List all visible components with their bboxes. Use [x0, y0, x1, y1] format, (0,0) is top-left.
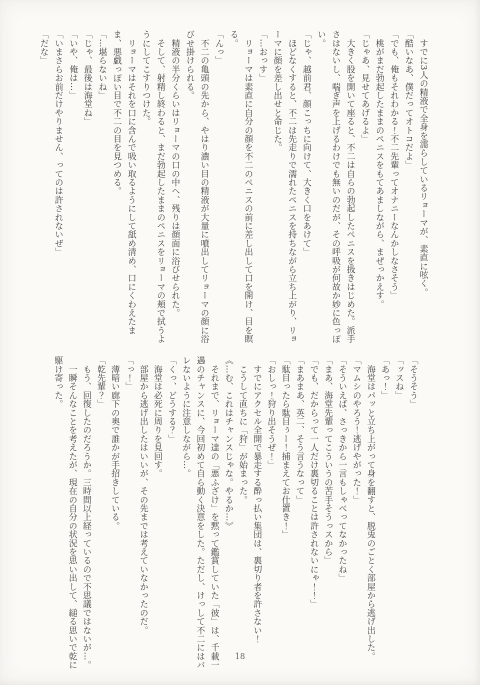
text-column: ほどなくすると、不二は先走りで濡れたペニスを持ちながら立ち上がり、リョ: [284, 30, 299, 338]
text-column: ーマに顔を差し出せと命じた。: [269, 30, 284, 338]
text-column: 「酷いなあ、僕だってオトコだよ」: [401, 30, 416, 338]
text-column: 一瞬そんなことを考えたが、現在の自分の状況を思い出して、縋る思いで乾に: [65, 356, 79, 656]
text-column: 海堂はパッと立ち上がって身を翻すと、脱兎のごとく部屋から逃げ出した。: [363, 356, 377, 656]
text-column: 「っ！」: [122, 356, 136, 656]
text-column: 「…おっす」: [255, 30, 270, 338]
text-column: 遇のチャンスに、今回初めて自ら動く決意をした。ただし、けっして不二にはバ: [193, 356, 207, 656]
text-column: 「いまさらお前だけやりません、ってのは許されないぜ」: [51, 30, 66, 338]
text-column: すでに3人の精液で全身を濡らしているリョーマが、素直に呟く。: [415, 30, 430, 338]
text-column: 「…堪らないね」: [94, 30, 109, 338]
text-column: 不二の亀頭の先から、やはり濃い目の精液が大量に噴出してリョーマの顔に浴: [197, 30, 212, 338]
text-column: すでにアクセル全開で暴走する酔っ払い集団は、裏切り者を許さない！: [250, 356, 264, 656]
text-column: 駆け寄った。: [51, 356, 65, 656]
text-column: 「でも、だからって一人だけ裏切ることは許されないにゃ！！」: [306, 356, 320, 656]
top-text-block: すでに3人の精液で全身を濡らしているリョーマが、素直に呟く。「酷いなあ、僕だって…: [36, 30, 430, 338]
text-column: 「じゃ、越前君、顔こっちに向けて、大きく口をあけて」: [299, 30, 314, 338]
text-column: 「でも、俺もそれわかる！不二先輩ってオナニーなんかしなさそう」: [386, 30, 401, 338]
text-column: 「乾先輩？」: [93, 356, 107, 656]
text-column: 大きく股を開いて座ると、不二は自らの勃起したペニスを扱きはじめた。派手: [342, 30, 357, 338]
text-column: 部屋から逃げ出したはいいが、その先までは考えていなかったのだ。: [136, 356, 150, 656]
text-column: 「そうそう」: [406, 356, 420, 656]
text-column: 「マムシのやろう！逃げやがった！」: [349, 356, 363, 656]
text-column: 「じゃ、最後は海堂ね」: [80, 30, 95, 338]
text-column: 精液の半分くらいはリョーマの口の中へ、残りは顔面に浴びせられた。: [167, 30, 182, 338]
text-column: 「ッスね」: [392, 356, 406, 656]
text-column: 「くっ、どうする？」: [164, 356, 178, 656]
text-column: 「いや、俺は…」: [65, 30, 80, 338]
text-column: 薄暗い廊下の奥で誰かが手招きしている。: [108, 356, 122, 656]
text-column: こうして直ちに「狩」が始まった。: [235, 356, 249, 656]
text-column: 「んっ」: [211, 30, 226, 338]
text-column: レないように注意しながら…。: [179, 356, 193, 656]
text-column: びせ掛けられる。: [182, 30, 197, 338]
text-column: もう、回復したのだろうか。三時間以上経っているので不思議ではないが…。: [79, 356, 93, 656]
text-column: リョーマはそれを口に含んで吸い取るようにして舐め清め、口にくわえたま: [124, 30, 139, 338]
text-column: さはないし、喘ぎ声を上げるわけでも無いのだが、その呼吸が何故か妙に色っぽ: [328, 30, 343, 338]
page-number: 18: [0, 652, 480, 661]
text-column: 「そういえば、さっきから一言もしゃべってなかったね」: [335, 356, 349, 656]
text-column: 「駄目ったら駄目ぅー！捕まえてお仕置き！」: [278, 356, 292, 656]
bottom-text-block: 「そうそう」「ッスね」「あっ！」 海堂はパッと立ち上がって身を翻すと、脱兎のごと…: [51, 356, 420, 656]
text-column: 「あっ！」: [377, 356, 391, 656]
text-column: ま、悪戯っぽい目で不二の目を見つめる。: [109, 30, 124, 338]
text-column: 「まあまあ、英二、そう言うなって」: [292, 356, 306, 656]
text-column: うにしてこすりつけた。: [138, 30, 153, 338]
text-column: リョーマは素直に自分の顔を不二のペニスの前に差し出して口を開け、目を瞑: [240, 30, 255, 338]
text-column: 海堂は必死に周りを見回す。: [150, 356, 164, 656]
text-column: 桃がまだ勃起したままのペニスをもてあましながら、まぜっかえす。: [372, 30, 387, 338]
text-column: い。: [313, 30, 328, 338]
text-column: 「まあ、海堂先輩ってこういうの苦手そうっスから」: [321, 356, 335, 656]
text-column: それまで、リョーマ達の「悪ふざけ」を黙って鑑賞していた「彼」は、千載一: [207, 356, 221, 656]
novel-page: すでに3人の精液で全身を濡らしているリョーマが、素直に呟く。「酷いなあ、僕だって…: [0, 0, 480, 685]
text-column: る。: [226, 30, 241, 338]
text-column: 「おしっ！狩り出そうぜ！」: [264, 356, 278, 656]
text-column: 「だな」: [36, 30, 51, 338]
text-column: 《…む、これはチャンスじゃな。やるか…》: [221, 356, 235, 656]
text-column: 「じゃあ、見せてあげるよ」: [357, 30, 372, 338]
text-column: そして、射精し終わると、まだ勃起したままのペニスをリョーマの頬で拭うよ: [153, 30, 168, 338]
